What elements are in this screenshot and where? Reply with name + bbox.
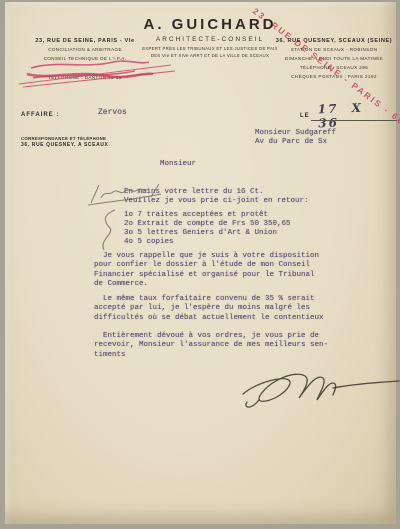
paragraph-3: Le même taux forfaitaire convenu de 35 %…	[94, 295, 324, 323]
paragraph-4: Entièrement dévoué à vos ordres, je vous…	[94, 332, 328, 360]
recipient-address: Monsieur Sudgareff Av du Parc de Sx	[255, 129, 336, 148]
enclosure-list: 1o 7 traites acceptées et protêt2o Extra…	[124, 211, 291, 247]
text-line: 3o 5 lettres Geniers d'Art & Union	[124, 229, 291, 238]
right-phone: TÉLÉPHONE : SCEAUX 296	[271, 64, 397, 71]
text-line: Je vous rappelle que je suis à votre dis…	[94, 252, 319, 261]
text-line: de Commerce.	[94, 280, 319, 289]
right-line-5: CHÈQUES POSTAUX : PARIS 2192	[271, 73, 397, 80]
affaire-value: Zervos	[98, 108, 127, 117]
recipient-name: Monsieur Sudgareff	[255, 129, 336, 138]
text-line: Entièrement dévoué à vos ordres, je vous…	[94, 332, 328, 341]
text-line: recevoir, Monsieur l'assurance de mes me…	[94, 341, 328, 350]
sceaux-address: 36, RUE QUESNEY, SCEAUX (SEINE)	[271, 38, 397, 44]
date-label: LE	[300, 113, 310, 119]
signature-scribble	[233, 358, 400, 414]
right-line-3: DIMANCHE, LUNDI TOUTE LA MATINÉE	[271, 55, 397, 62]
paragraph-2: Je vous rappelle que je suis à votre dis…	[94, 252, 319, 290]
salutation: Monsieur	[160, 160, 196, 168]
affaire-label: AFFAIRE :	[21, 112, 59, 118]
paper: 23, RUE DE SEINE - PARIS - 6e A. GUICHAR…	[5, 2, 396, 524]
recipient-street: Av du Parc de Sx	[255, 138, 336, 147]
pencil-annotation	[83, 180, 175, 208]
letterhead-title: ARCHITECTE-CONSEIL	[130, 36, 290, 43]
text-line: 1o 7 traites acceptées et protêt	[124, 211, 291, 220]
pencil-brace	[95, 207, 121, 253]
right-address-block: 36, RUE QUESNEY, SCEAUX (SEINE) STATION …	[271, 38, 397, 80]
letterhead-name: A. GUICHARD	[130, 16, 290, 33]
correspondence-note: CORRESPONDANCE ET TÉLÉPHONE 36, RUE QUES…	[21, 136, 108, 148]
text-line: accepté par lui, je l'espère du moins ma…	[94, 304, 324, 313]
letterhead-subtitle-1: EXPERT PRÈS LES TRIBUNAUX ET LES JUSTICE…	[130, 46, 290, 53]
left-line-2: CONCILIATION & ARBITRAGE	[17, 46, 153, 53]
text-line: Financier spécialisé et organisé pour le…	[94, 271, 319, 280]
text-line: difficultés où se débat actuellement le …	[94, 314, 324, 323]
red-scribble-strikeout	[17, 57, 181, 89]
text-line: Le même taux forfaitaire convenu de 35 %…	[94, 295, 324, 304]
correspondence-line-2: 36, RUE QUESNEY, A SCEAUX	[21, 142, 108, 148]
paris-address: 23, RUE DE SEINE, PARIS - VIe	[17, 38, 153, 44]
right-line-2: STATION DE SCEAUX - ROBINSON	[271, 46, 397, 53]
correspondence-line-1: CORRESPONDANCE ET TÉLÉPHONE	[21, 136, 108, 141]
text-line: pour confier le dossier à l'étude de mon…	[94, 261, 319, 270]
letterhead-center: A. GUICHARD ARCHITECTE-CONSEIL EXPERT PR…	[130, 16, 290, 59]
text-line: 2o Extrait de compte de Frs 50 350,65	[124, 220, 291, 229]
date-value-handwritten: 17 X 36	[318, 100, 397, 131]
text-line: 4o 5 copies	[124, 238, 291, 247]
date-underline	[311, 120, 397, 121]
